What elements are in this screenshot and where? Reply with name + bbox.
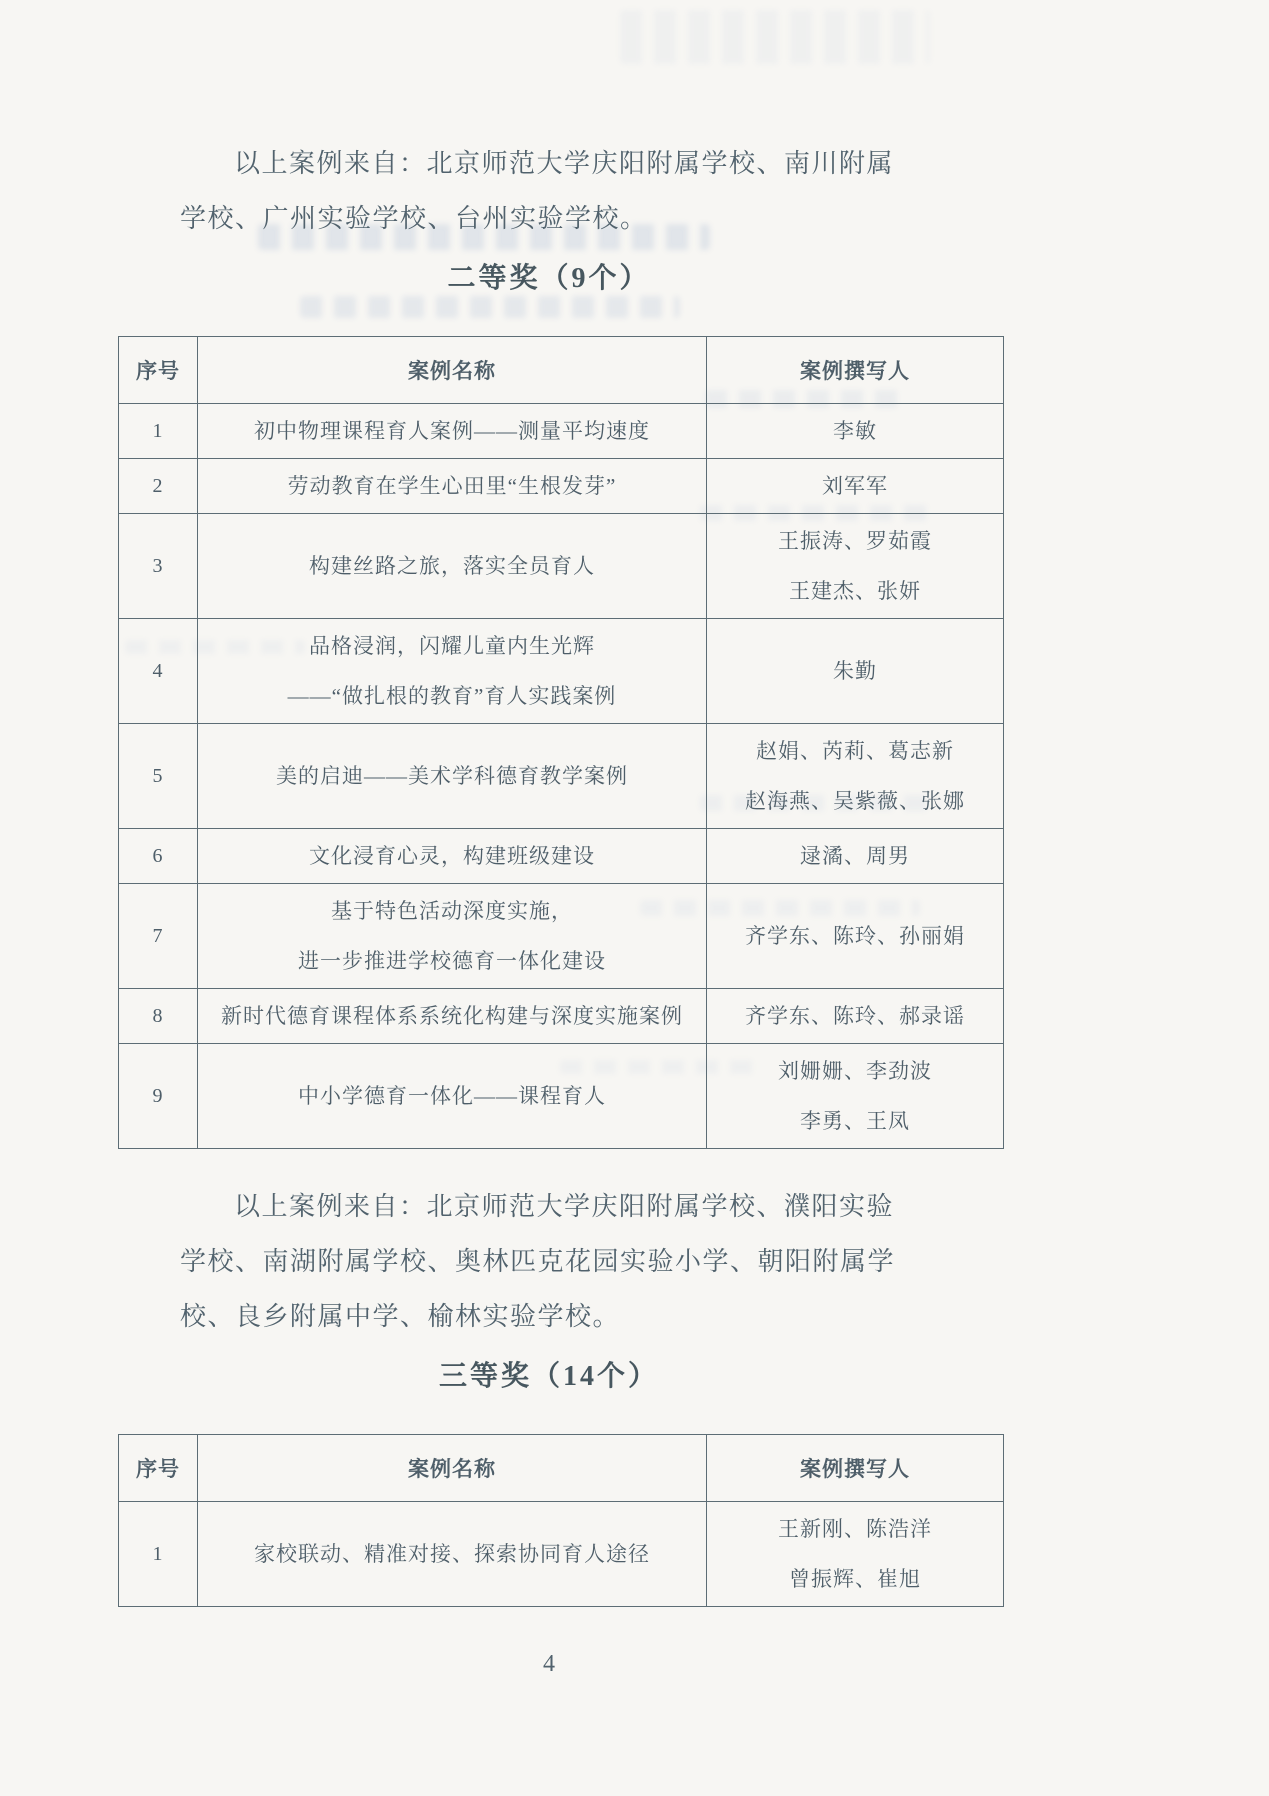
closing-paragraph: 以上案例来自：北京师范大学庆阳附属学校、濮阳实验学校、南湖附属学校、奥林匹克花园… bbox=[180, 1179, 980, 1344]
case-name-line: ——“做扎根的教育”育人实践案例 bbox=[202, 671, 702, 721]
authors-cell: 逯潏、周男 bbox=[707, 829, 1004, 884]
serial-cell: 7 bbox=[119, 884, 198, 989]
intro-paragraph: 以上案例来自：北京师范大学庆阳附属学校、南川附属学校、广州实验学校、台州实验学校… bbox=[180, 136, 980, 246]
section-title: 二等奖（9个） bbox=[118, 256, 980, 302]
case-name-line: 中小学德育一体化——课程育人 bbox=[202, 1071, 702, 1121]
authors-cell: 李敏 bbox=[707, 404, 1004, 459]
document-content: 以上案例来自：北京师范大学庆阳附属学校、南川附属学校、广州实验学校、台州实验学校… bbox=[118, 0, 980, 1678]
author-line: 赵海燕、吴紫薇、张娜 bbox=[711, 776, 999, 826]
award-section: 二等奖（9个）序号案例名称案例撰写人1初中物理课程育人案例——测量平均速度李敏2… bbox=[118, 256, 980, 1344]
case-name-cell: 基于特色活动深度实施，进一步推进学校德育一体化建设 bbox=[198, 884, 707, 989]
serial-cell: 9 bbox=[119, 1044, 198, 1149]
author-line: 王建杰、张妍 bbox=[711, 566, 999, 616]
paragraph-line: 以上案例来自：北京师范大学庆阳附属学校、濮阳实验 bbox=[180, 1179, 980, 1234]
author-line: 赵娟、芮莉、葛志新 bbox=[711, 726, 999, 776]
table-row: 2劳动教育在学生心田里“生根发芽”刘军军 bbox=[119, 459, 1004, 514]
table-header-cell: 序号 bbox=[119, 337, 198, 404]
case-name-cell: 新时代德育课程体系系统化构建与深度实施案例 bbox=[198, 989, 707, 1044]
award-sections: 二等奖（9个）序号案例名称案例撰写人1初中物理课程育人案例——测量平均速度李敏2… bbox=[118, 256, 980, 1607]
table-header-cell: 案例名称 bbox=[198, 337, 707, 404]
serial-cell: 4 bbox=[119, 619, 198, 724]
author-line: 曾振辉、崔旭 bbox=[711, 1554, 999, 1604]
case-name-line: 美的启迪——美术学科德育教学案例 bbox=[202, 751, 702, 801]
section-title: 三等奖（14个） bbox=[118, 1354, 980, 1400]
table-row: 1初中物理课程育人案例——测量平均速度李敏 bbox=[119, 404, 1004, 459]
case-name-cell: 家校联动、精准对接、探索协同育人途径 bbox=[198, 1502, 707, 1607]
authors-cell: 齐学东、陈玲、郝录谣 bbox=[707, 989, 1004, 1044]
authors-cell: 刘军军 bbox=[707, 459, 1004, 514]
serial-cell: 1 bbox=[119, 404, 198, 459]
case-name-line: 基于特色活动深度实施， bbox=[202, 886, 702, 936]
case-name-cell: 构建丝路之旅，落实全员育人 bbox=[198, 514, 707, 619]
paragraph-line: 校、良乡附属中学、榆林实验学校。 bbox=[180, 1289, 980, 1344]
table-row: 3构建丝路之旅，落实全员育人王振涛、罗茹霞王建杰、张妍 bbox=[119, 514, 1004, 619]
table-header-cell: 案例撰写人 bbox=[707, 1435, 1004, 1502]
serial-cell: 5 bbox=[119, 724, 198, 829]
table-row: 8新时代德育课程体系系统化构建与深度实施案例齐学东、陈玲、郝录谣 bbox=[119, 989, 1004, 1044]
case-name-line: 新时代德育课程体系系统化构建与深度实施案例 bbox=[202, 991, 702, 1041]
table-row: 1家校联动、精准对接、探索协同育人途径王新刚、陈浩洋曾振辉、崔旭 bbox=[119, 1502, 1004, 1607]
author-line: 刘军军 bbox=[711, 461, 999, 511]
authors-cell: 赵娟、芮莉、葛志新赵海燕、吴紫薇、张娜 bbox=[707, 724, 1004, 829]
authors-cell: 朱勤 bbox=[707, 619, 1004, 724]
table-row: 4品格浸润，闪耀儿童内生光辉——“做扎根的教育”育人实践案例朱勤 bbox=[119, 619, 1004, 724]
table-row: 9中小学德育一体化——课程育人刘姗姗、李劲波李勇、王凤 bbox=[119, 1044, 1004, 1149]
case-name-cell: 劳动教育在学生心田里“生根发芽” bbox=[198, 459, 707, 514]
case-name-line: 品格浸润，闪耀儿童内生光辉 bbox=[202, 621, 702, 671]
author-line: 王新刚、陈浩洋 bbox=[711, 1504, 999, 1554]
table-header-cell: 案例名称 bbox=[198, 1435, 707, 1502]
authors-cell: 齐学东、陈玲、孙丽娟 bbox=[707, 884, 1004, 989]
serial-cell: 1 bbox=[119, 1502, 198, 1607]
case-name-line: 劳动教育在学生心田里“生根发芽” bbox=[202, 461, 702, 511]
author-line: 李敏 bbox=[711, 406, 999, 456]
case-name-cell: 品格浸润，闪耀儿童内生光辉——“做扎根的教育”育人实践案例 bbox=[198, 619, 707, 724]
case-name-line: 构建丝路之旅，落实全员育人 bbox=[202, 541, 702, 591]
serial-cell: 6 bbox=[119, 829, 198, 884]
case-name-cell: 文化浸育心灵，构建班级建设 bbox=[198, 829, 707, 884]
serial-cell: 3 bbox=[119, 514, 198, 619]
author-line: 王振涛、罗茹霞 bbox=[711, 516, 999, 566]
awards-table: 序号案例名称案例撰写人1家校联动、精准对接、探索协同育人途径王新刚、陈浩洋曾振辉… bbox=[118, 1434, 1004, 1607]
scanned-document-page: 以上案例来自：北京师范大学庆阳附属学校、南川附属学校、广州实验学校、台州实验学校… bbox=[0, 0, 1269, 1796]
author-line: 齐学东、陈玲、郝录谣 bbox=[711, 991, 999, 1041]
author-line: 朱勤 bbox=[711, 646, 999, 696]
award-section: 三等奖（14个）序号案例名称案例撰写人1家校联动、精准对接、探索协同育人途径王新… bbox=[118, 1354, 980, 1607]
paragraph-line: 以上案例来自：北京师范大学庆阳附属学校、南川附属 bbox=[180, 136, 980, 191]
case-name-line: 初中物理课程育人案例——测量平均速度 bbox=[202, 406, 702, 456]
paragraph-line: 学校、南湖附属学校、奥林匹克花园实验小学、朝阳附属学 bbox=[180, 1234, 980, 1289]
table-header-row: 序号案例名称案例撰写人 bbox=[119, 337, 1004, 404]
case-name-cell: 中小学德育一体化——课程育人 bbox=[198, 1044, 707, 1149]
author-line: 李勇、王凤 bbox=[711, 1096, 999, 1146]
case-name-line: 文化浸育心灵，构建班级建设 bbox=[202, 831, 702, 881]
serial-cell: 8 bbox=[119, 989, 198, 1044]
case-name-line: 进一步推进学校德育一体化建设 bbox=[202, 936, 702, 986]
table-header-cell: 案例撰写人 bbox=[707, 337, 1004, 404]
table-row: 5美的启迪——美术学科德育教学案例赵娟、芮莉、葛志新赵海燕、吴紫薇、张娜 bbox=[119, 724, 1004, 829]
awards-table: 序号案例名称案例撰写人1初中物理课程育人案例——测量平均速度李敏2劳动教育在学生… bbox=[118, 336, 1004, 1149]
author-line: 刘姗姗、李劲波 bbox=[711, 1046, 999, 1096]
table-header-row: 序号案例名称案例撰写人 bbox=[119, 1435, 1004, 1502]
author-line: 逯潏、周男 bbox=[711, 831, 999, 881]
authors-cell: 刘姗姗、李劲波李勇、王凤 bbox=[707, 1044, 1004, 1149]
table-row: 7基于特色活动深度实施，进一步推进学校德育一体化建设齐学东、陈玲、孙丽娟 bbox=[119, 884, 1004, 989]
authors-cell: 王振涛、罗茹霞王建杰、张妍 bbox=[707, 514, 1004, 619]
case-name-cell: 初中物理课程育人案例——测量平均速度 bbox=[198, 404, 707, 459]
serial-cell: 2 bbox=[119, 459, 198, 514]
paragraph-line: 学校、广州实验学校、台州实验学校。 bbox=[180, 191, 980, 246]
table-header-cell: 序号 bbox=[119, 1435, 198, 1502]
table-row: 6文化浸育心灵，构建班级建设逯潏、周男 bbox=[119, 829, 1004, 884]
author-line: 齐学东、陈玲、孙丽娟 bbox=[711, 911, 999, 961]
authors-cell: 王新刚、陈浩洋曾振辉、崔旭 bbox=[707, 1502, 1004, 1607]
case-name-cell: 美的启迪——美术学科德育教学案例 bbox=[198, 724, 707, 829]
case-name-line: 家校联动、精准对接、探索协同育人途径 bbox=[202, 1529, 702, 1579]
page-number: 4 bbox=[118, 1651, 980, 1678]
